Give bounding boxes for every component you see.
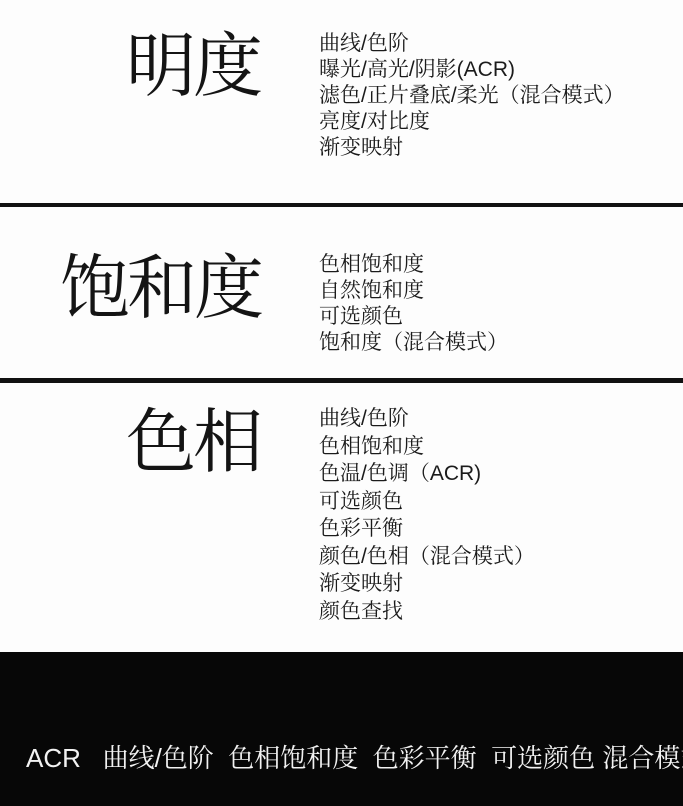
list-item: 色相饱和度 (319, 433, 535, 461)
adjustments-infographic: 明度 曲线/色阶 曝光/高光/阴影(ACR) 滤色/正片叠底/柔光（混合模式） … (0, 0, 683, 806)
section-saturation-title: 饱和度 (60, 248, 261, 328)
summary-footer-text: ACR 曲线/色阶 色相饱和度 色彩平衡 可选颜色 混合模式 (26, 740, 683, 776)
section-divider (0, 203, 683, 207)
list-item: 自然饱和度 (319, 278, 508, 304)
list-item: 色温/色调（ACR) (319, 460, 535, 488)
list-item: 渐变映射 (319, 135, 625, 161)
section-brightness-item-list: 曲线/色阶 曝光/高光/阴影(ACR) 滤色/正片叠底/柔光（混合模式） 亮度/… (319, 31, 625, 161)
section-hue-title: 色相 (126, 402, 260, 482)
list-item: 颜色/色相（混合模式） (319, 543, 535, 571)
list-item: 颜色查找 (319, 598, 535, 626)
list-item: 色相饱和度 (319, 252, 508, 278)
list-item: 滤色/正片叠底/柔光（混合模式） (319, 83, 625, 109)
section-hue-item-list: 曲线/色阶 色相饱和度 色温/色调（ACR) 可选颜色 色彩平衡 颜色/色相（混… (319, 405, 535, 625)
list-item: 可选颜色 (319, 488, 535, 516)
list-item: 曝光/高光/阴影(ACR) (319, 57, 625, 83)
list-item: 亮度/对比度 (319, 109, 625, 135)
summary-footer-bar (0, 652, 683, 806)
list-item: 色彩平衡 (319, 515, 535, 543)
list-item: 曲线/色阶 (319, 405, 535, 433)
section-divider (0, 378, 683, 383)
list-item: 饱和度（混合模式） (319, 330, 508, 356)
list-item: 可选颜色 (319, 304, 508, 330)
section-saturation-item-list: 色相饱和度 自然饱和度 可选颜色 饱和度（混合模式） (319, 252, 508, 356)
section-brightness-title: 明度 (126, 26, 260, 106)
list-item: 渐变映射 (319, 570, 535, 598)
list-item: 曲线/色阶 (319, 31, 625, 57)
